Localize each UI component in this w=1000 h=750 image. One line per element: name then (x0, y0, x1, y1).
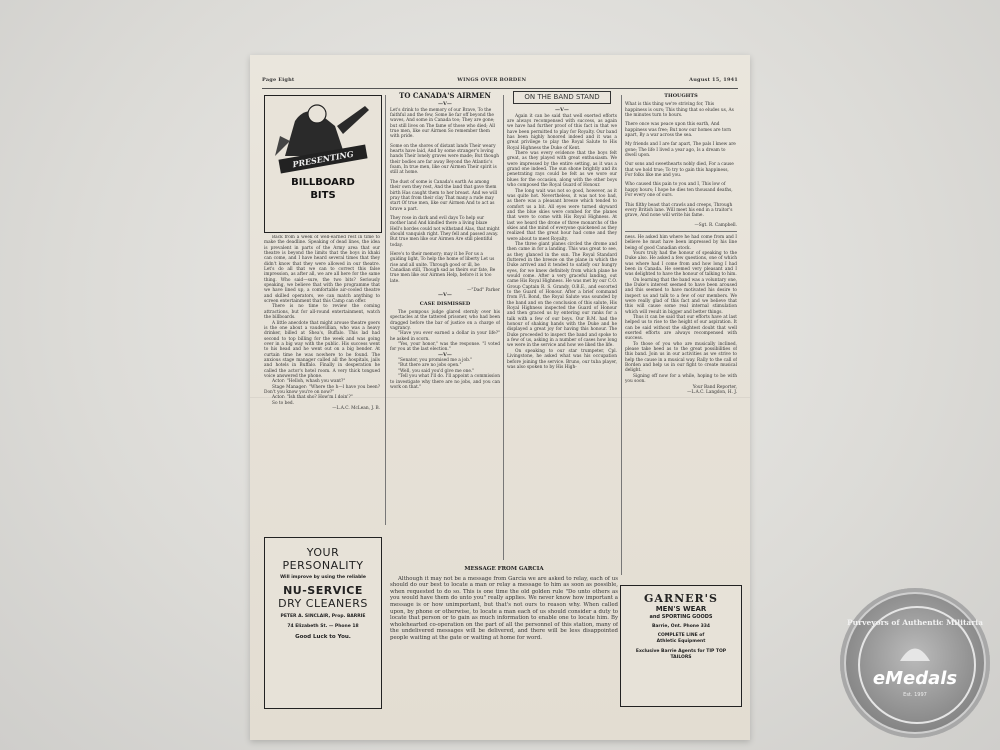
band-stand-title: ON THE BAND STAND (513, 91, 611, 104)
page-number: Page Eight (262, 77, 294, 87)
column-rule (503, 95, 504, 560)
message-from-garcia: MESSAGE FROM GARCIA Although it may not … (390, 563, 618, 713)
paragraph: There is no time to review the coming at… (264, 304, 380, 320)
band-stand-column: ON THE BAND STAND —V— Again it can be sa… (507, 91, 617, 561)
medal-emblem-icon (895, 636, 935, 666)
seal-arc-text: Purveyors of Authentic Militaria (840, 618, 990, 627)
emedals-watermark-seal: Purveyors of Authentic Militaria eMedals… (840, 588, 990, 738)
poem-title: TO CANADA'S AIRMEN (390, 93, 500, 98)
poem-signature: —Sgt. R. Campbell. (625, 223, 737, 228)
page-header: Page Eight WINGS OVER BORDEN August 15, … (262, 77, 738, 87)
poem: What is this thing we're striving for, T… (625, 102, 737, 218)
paragraph: A little anecdote that might arouse thea… (264, 321, 380, 380)
case-dismissed-title: CASE DISMISSED (390, 302, 500, 307)
canadas-airmen-column: TO CANADA'S AIRMEN —V— Let's drink to th… (390, 91, 500, 561)
publication-title: WINGS OVER BORDEN (457, 77, 526, 87)
thoughts-column: THOUGHTS What is this thing we're strivi… (625, 91, 737, 581)
seal-brand: eMedals (840, 668, 990, 689)
seal-established: Est. 1997 (840, 692, 990, 698)
thoughts-title: THOUGHTS (625, 94, 737, 99)
author-signature: —L.A.C. McLean, J. B. (264, 406, 380, 411)
newspaper-page: Page Eight WINGS OVER BORDEN August 15, … (250, 55, 750, 740)
column-rule (621, 95, 622, 575)
header-rule (262, 88, 738, 89)
garcia-title: MESSAGE FROM GARCIA (390, 566, 618, 573)
column-rule (385, 95, 386, 525)
nu-service-cleaners-ad: YOUR PERSONALITY Will improve by using t… (264, 537, 382, 709)
poem: Let's drink to the memory of our Brave, … (390, 108, 500, 284)
issue-date: August 15, 1941 (689, 77, 738, 87)
billboard-bits-title: BILLBOARD BITS (265, 176, 381, 202)
paragraph: Back from a week of well-earned rest in … (264, 235, 380, 304)
billboard-bits-illustration: PRESENTING BILLBOARD BITS (264, 95, 382, 233)
paragraph: Stage Manager: "Where the h—l have you b… (264, 385, 380, 396)
garners-mens-wear-ad: GARNER'S MEN'S WEAR and SPORTING GOODS B… (620, 585, 742, 707)
billboard-bits-column: Back from a week of well-earned rest in … (264, 235, 380, 535)
